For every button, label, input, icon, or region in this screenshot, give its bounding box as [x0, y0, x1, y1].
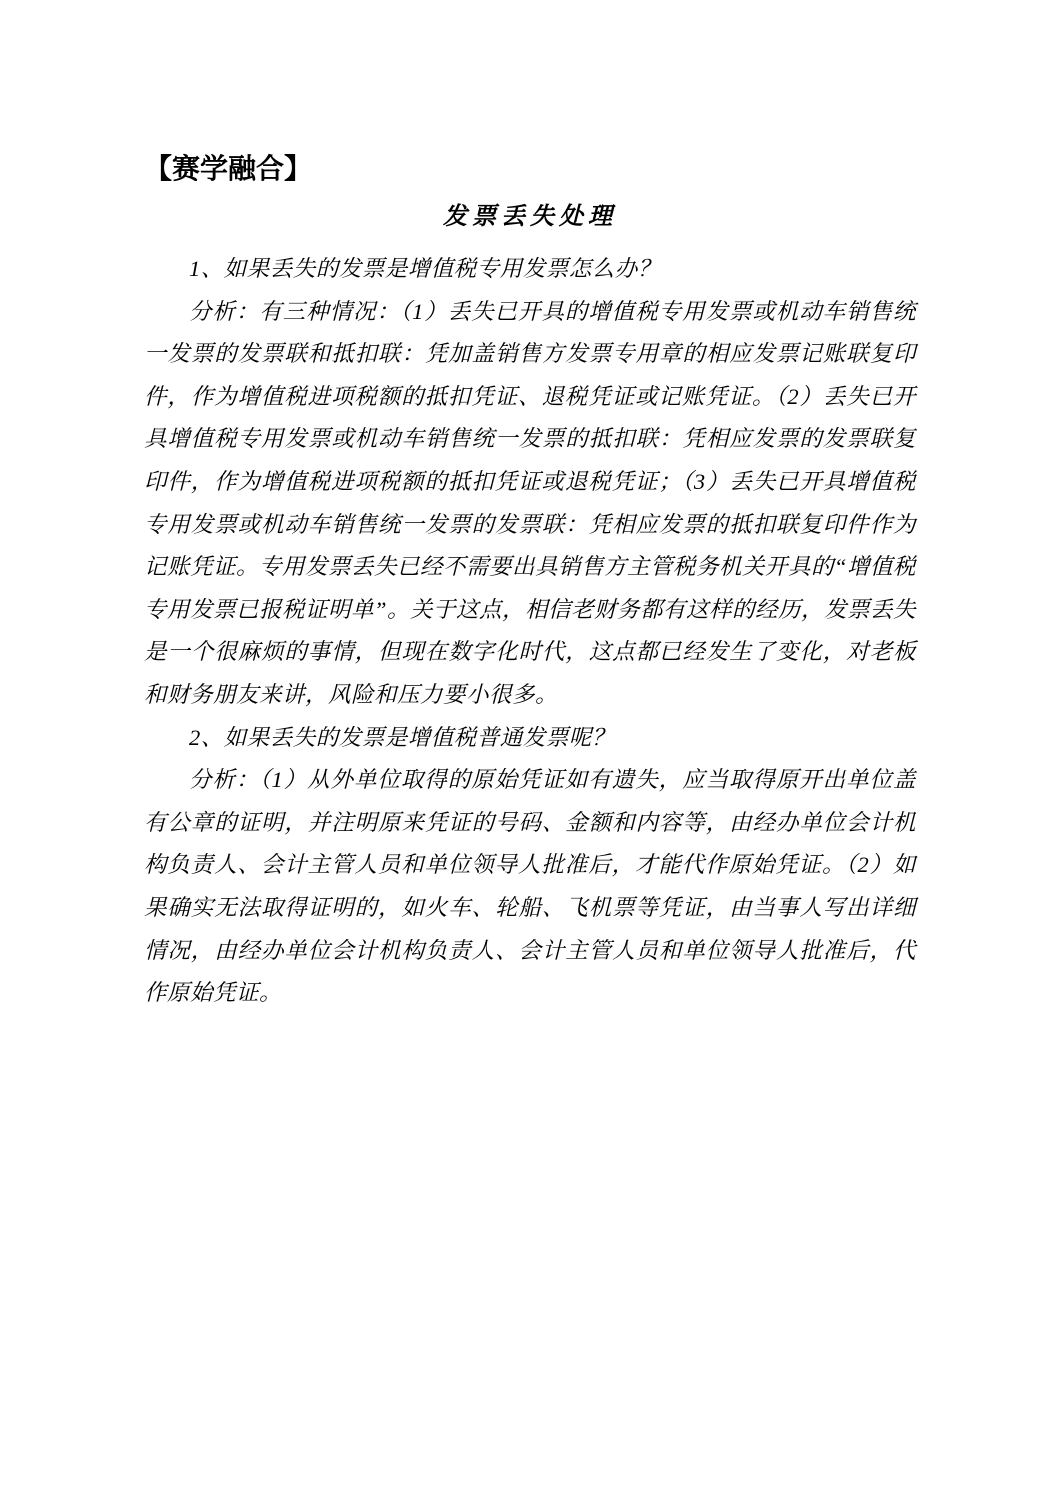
paragraph-question-1: 1、如果丢失的发票是增值税专用发票怎么办？ [144, 248, 916, 291]
document-page: 【赛学融合】 发票丢失处理 1、如果丢失的发票是增值税专用发票怎么办？ 分析：有… [0, 0, 1059, 1497]
paragraph-question-2: 2、如果丢失的发票是增值税普通发票呢？ [144, 717, 916, 760]
paragraph-analysis-1: 分析：有三种情况：（1）丢失已开具的增值税专用发票或机动车销售统一发票的发票联和… [144, 291, 916, 717]
paragraph-analysis-2: 分析：（1）从外单位取得的原始凭证如有遗失，应当取得原开出单位盖有公章的证明，并… [144, 759, 916, 1015]
page-title: 发票丢失处理 [144, 202, 916, 232]
section-header: 【赛学融合】 [144, 152, 916, 186]
